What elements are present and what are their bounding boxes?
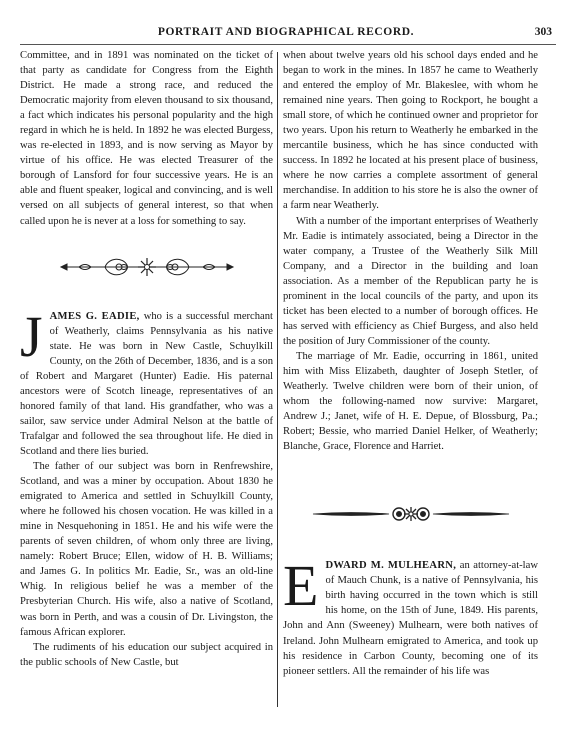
bio-paragraph-1: who is a successful merchant of Weatherl…	[20, 311, 273, 457]
running-head: PORTRAIT AND BIOGRAPHICAL RECORD. 303	[20, 26, 552, 42]
dropcap-e: E	[283, 561, 318, 611]
bio-edward-mulhearn: EDWARD M. MULHEARN, an attorney-at-law o…	[283, 558, 538, 678]
bio-paragraph-5: With a number of the important enterpris…	[283, 214, 538, 349]
bio-paragraph-7: an attorney-at-law of Mauch Chunk, is a …	[283, 560, 538, 676]
subject-name: DWARD M. MULHEARN,	[325, 560, 456, 571]
scroll-ornament-icon	[20, 247, 273, 287]
bio-paragraph-6: The marriage of Mr. Eadie, occurring in …	[283, 349, 538, 454]
header-rule	[20, 44, 556, 45]
right-column: when about twelve years old his school d…	[283, 48, 538, 679]
column-divider	[277, 52, 278, 707]
continued-paragraph: Committee, and in 1891 was nominated on …	[20, 48, 273, 229]
scroll-divider-icon	[57, 255, 237, 279]
bio-paragraph-2: The father of our subject was born in Re…	[20, 459, 273, 640]
rosette-divider-icon	[311, 506, 511, 522]
bio-paragraph-3: The rudiments of his education our subje…	[20, 640, 273, 670]
book-page: PORTRAIT AND BIOGRAPHICAL RECORD. 303 Co…	[0, 0, 562, 730]
dropcap-j: J	[20, 312, 43, 362]
page-number: 303	[535, 26, 552, 38]
rosette-ornament-icon	[283, 504, 538, 524]
bio-paragraph-4: when about twelve years old his school d…	[283, 48, 538, 214]
bio-james-eadie: JAMES G. EADIE, who is a successful merc…	[20, 309, 273, 670]
subject-name: AMES G. EADIE,	[50, 311, 140, 322]
running-title: PORTRAIT AND BIOGRAPHICAL RECORD.	[20, 26, 552, 38]
left-column: Committee, and in 1891 was nominated on …	[20, 48, 273, 670]
